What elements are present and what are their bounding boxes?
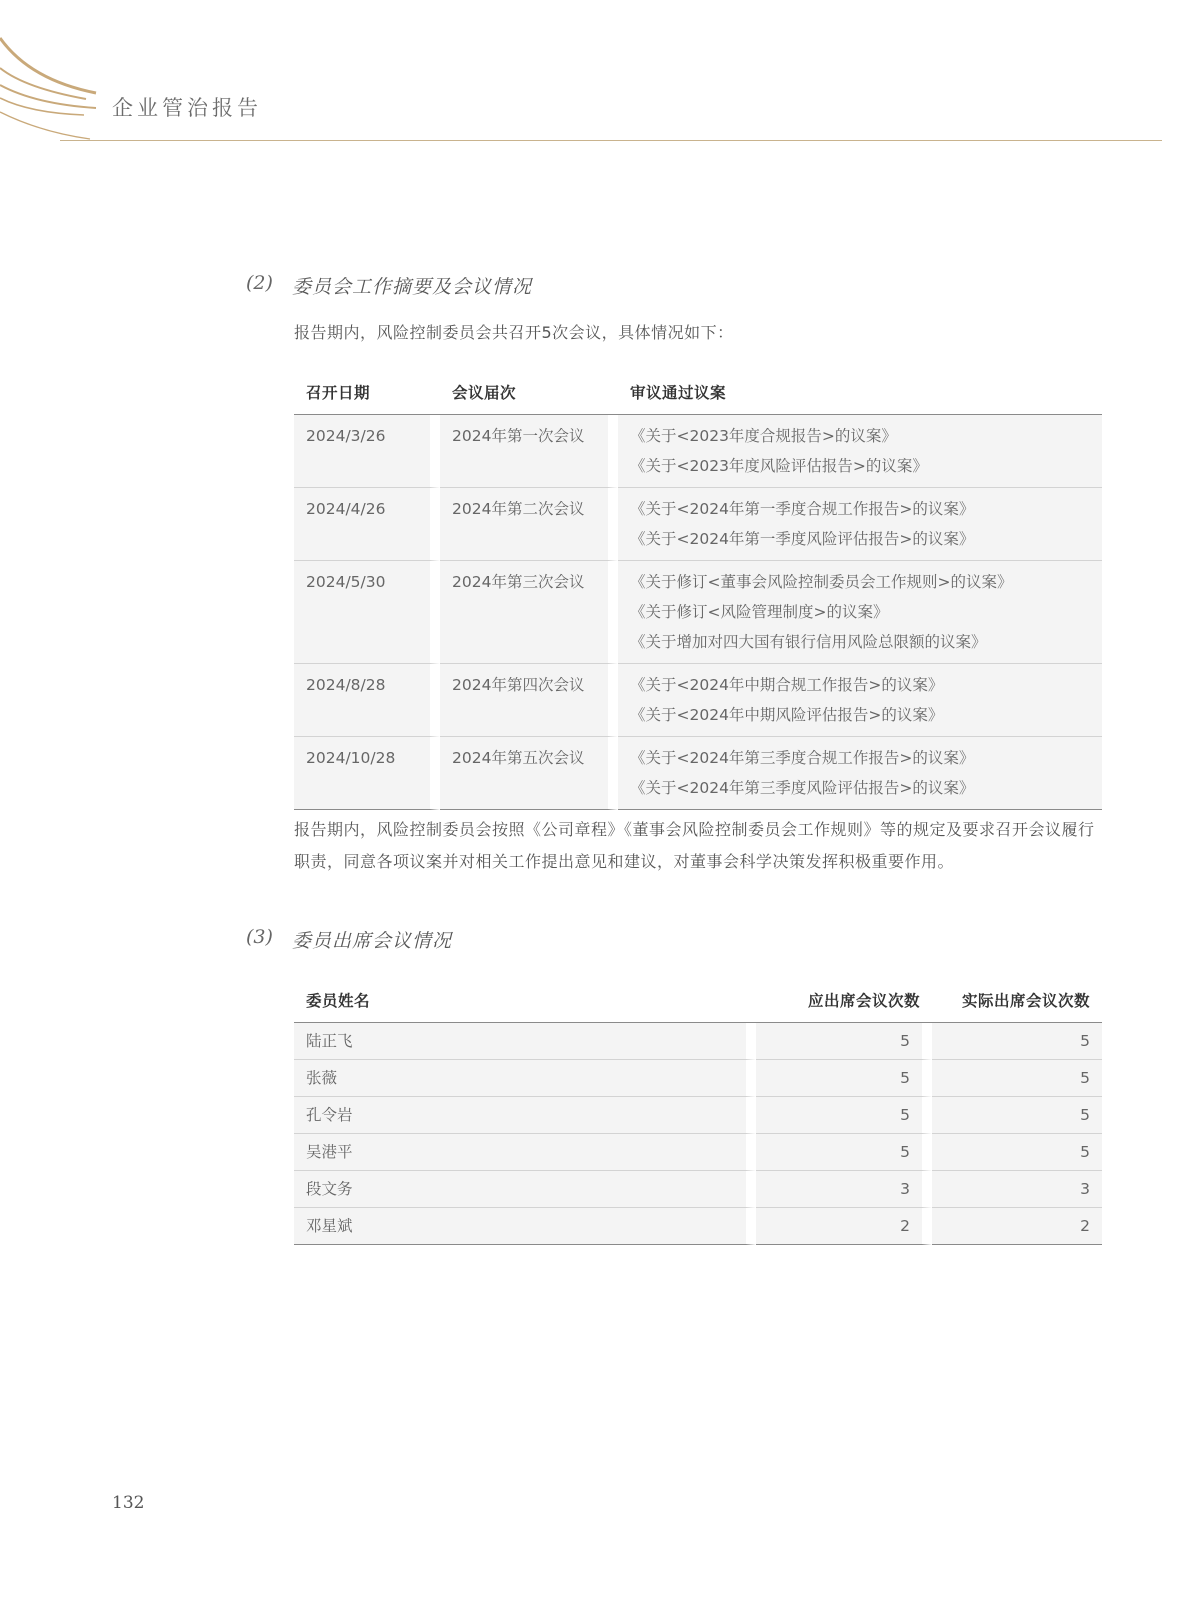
required-count: 5 <box>756 1023 932 1060</box>
table-row: 2024/5/30 2024年第三次会议 《关于修订<董事会风险控制委员会工作规… <box>294 561 1102 664</box>
motion-item: 《关于<2024年第三季度风险评估报告>的议案》 <box>630 773 1090 803</box>
table-row: 段文务 3 3 <box>294 1171 1102 1208</box>
required-count: 5 <box>756 1060 932 1097</box>
table-row: 邓星斌 2 2 <box>294 1208 1102 1245</box>
section-3-number: (3) <box>246 926 292 953</box>
meeting-date: 2024/10/28 <box>294 737 440 810</box>
header-divider <box>60 140 1162 141</box>
section-2-heading: (2) 委员会工作摘要及会议情况 <box>246 272 532 299</box>
attended-count: 2 <box>932 1208 1102 1245</box>
member-name: 段文务 <box>294 1171 756 1208</box>
section-2-summary: 报告期内，风险控制委员会按照《公司章程》《董事会风险控制委员会工作规则》等的规定… <box>294 814 1102 878</box>
required-count: 2 <box>756 1208 932 1245</box>
member-name: 孔令岩 <box>294 1097 756 1134</box>
section-2-title: 委员会工作摘要及会议情况 <box>292 272 532 299</box>
col-header-attended: 实际出席会议次数 <box>932 978 1102 1023</box>
meeting-motions: 《关于<2024年中期合规工作报告>的议案》 《关于<2024年中期风险评估报告… <box>618 664 1102 737</box>
meeting-motions: 《关于<2024年第三季度合规工作报告>的议案》 《关于<2024年第三季度风险… <box>618 737 1102 810</box>
motion-item: 《关于<2024年第三季度合规工作报告>的议案》 <box>630 743 1090 773</box>
required-count: 5 <box>756 1134 932 1171</box>
motion-item: 《关于<2024年第一季度风险评估报告>的议案》 <box>630 524 1090 554</box>
decorative-arcs-icon <box>0 0 300 145</box>
motion-item: 《关于修订<董事会风险控制委员会工作规则>的议案》 <box>630 567 1090 597</box>
meeting-motions: 《关于修订<董事会风险控制委员会工作规则>的议案》 《关于修订<风险管理制度>的… <box>618 561 1102 664</box>
meeting-session: 2024年第二次会议 <box>440 488 618 561</box>
meeting-date: 2024/3/26 <box>294 415 440 488</box>
motion-item: 《关于<2024年中期合规工作报告>的议案》 <box>630 670 1090 700</box>
meeting-session: 2024年第三次会议 <box>440 561 618 664</box>
attended-count: 5 <box>932 1023 1102 1060</box>
required-count: 5 <box>756 1097 932 1134</box>
motion-item: 《关于<2023年度风险评估报告>的议案》 <box>630 451 1090 481</box>
table-row: 孔令岩 5 5 <box>294 1097 1102 1134</box>
motion-item: 《关于修订<风险管理制度>的议案》 <box>630 597 1090 627</box>
motion-item: 《关于增加对四大国有银行信用风险总限额的议案》 <box>630 627 1090 657</box>
meeting-date: 2024/8/28 <box>294 664 440 737</box>
table-row: 陆正飞 5 5 <box>294 1023 1102 1060</box>
section-2-intro: 报告期内，风险控制委员会共召开5次会议，具体情况如下： <box>294 317 1102 349</box>
meeting-session: 2024年第四次会议 <box>440 664 618 737</box>
member-name: 邓星斌 <box>294 1208 756 1245</box>
meetings-table: 召开日期 会议届次 审议通过议案 2024/3/26 2024年第一次会议 《关… <box>294 370 1102 810</box>
meeting-motions: 《关于<2023年度合规报告>的议案》 《关于<2023年度风险评估报告>的议案… <box>618 415 1102 488</box>
meeting-motions: 《关于<2024年第一季度合规工作报告>的议案》 《关于<2024年第一季度风险… <box>618 488 1102 561</box>
report-section-title: 企业管治报告 <box>112 92 262 122</box>
table-row: 2024/10/28 2024年第五次会议 《关于<2024年第三季度合规工作报… <box>294 737 1102 810</box>
attendance-table: 委员姓名 应出席会议次数 实际出席会议次数 陆正飞 5 5 张薇 5 5 孔令岩… <box>294 978 1102 1245</box>
col-header-motions: 审议通过议案 <box>618 370 1102 415</box>
attended-count: 3 <box>932 1171 1102 1208</box>
meeting-date: 2024/5/30 <box>294 561 440 664</box>
member-name: 张薇 <box>294 1060 756 1097</box>
table-row: 张薇 5 5 <box>294 1060 1102 1097</box>
table-row: 2024/3/26 2024年第一次会议 《关于<2023年度合规报告>的议案》… <box>294 415 1102 488</box>
section-2-number: (2) <box>246 272 292 299</box>
motion-item: 《关于<2024年中期风险评估报告>的议案》 <box>630 700 1090 730</box>
meeting-date: 2024/4/26 <box>294 488 440 561</box>
col-header-required: 应出席会议次数 <box>756 978 932 1023</box>
table-row: 2024/8/28 2024年第四次会议 《关于<2024年中期合规工作报告>的… <box>294 664 1102 737</box>
page-number: 132 <box>112 1493 144 1513</box>
member-name: 吴港平 <box>294 1134 756 1171</box>
meeting-session: 2024年第五次会议 <box>440 737 618 810</box>
motion-item: 《关于<2023年度合规报告>的议案》 <box>630 421 1090 451</box>
motion-item: 《关于<2024年第一季度合规工作报告>的议案》 <box>630 494 1090 524</box>
required-count: 3 <box>756 1171 932 1208</box>
col-header-session: 会议届次 <box>440 370 618 415</box>
section-3-heading: (3) 委员出席会议情况 <box>246 926 452 953</box>
table-row: 吴港平 5 5 <box>294 1134 1102 1171</box>
section-3-title: 委员出席会议情况 <box>292 926 452 953</box>
table-row: 2024/4/26 2024年第二次会议 《关于<2024年第一季度合规工作报告… <box>294 488 1102 561</box>
attended-count: 5 <box>932 1097 1102 1134</box>
attended-count: 5 <box>932 1060 1102 1097</box>
col-header-member-name: 委员姓名 <box>294 978 756 1023</box>
attended-count: 5 <box>932 1134 1102 1171</box>
col-header-date: 召开日期 <box>294 370 440 415</box>
member-name: 陆正飞 <box>294 1023 756 1060</box>
meeting-session: 2024年第一次会议 <box>440 415 618 488</box>
